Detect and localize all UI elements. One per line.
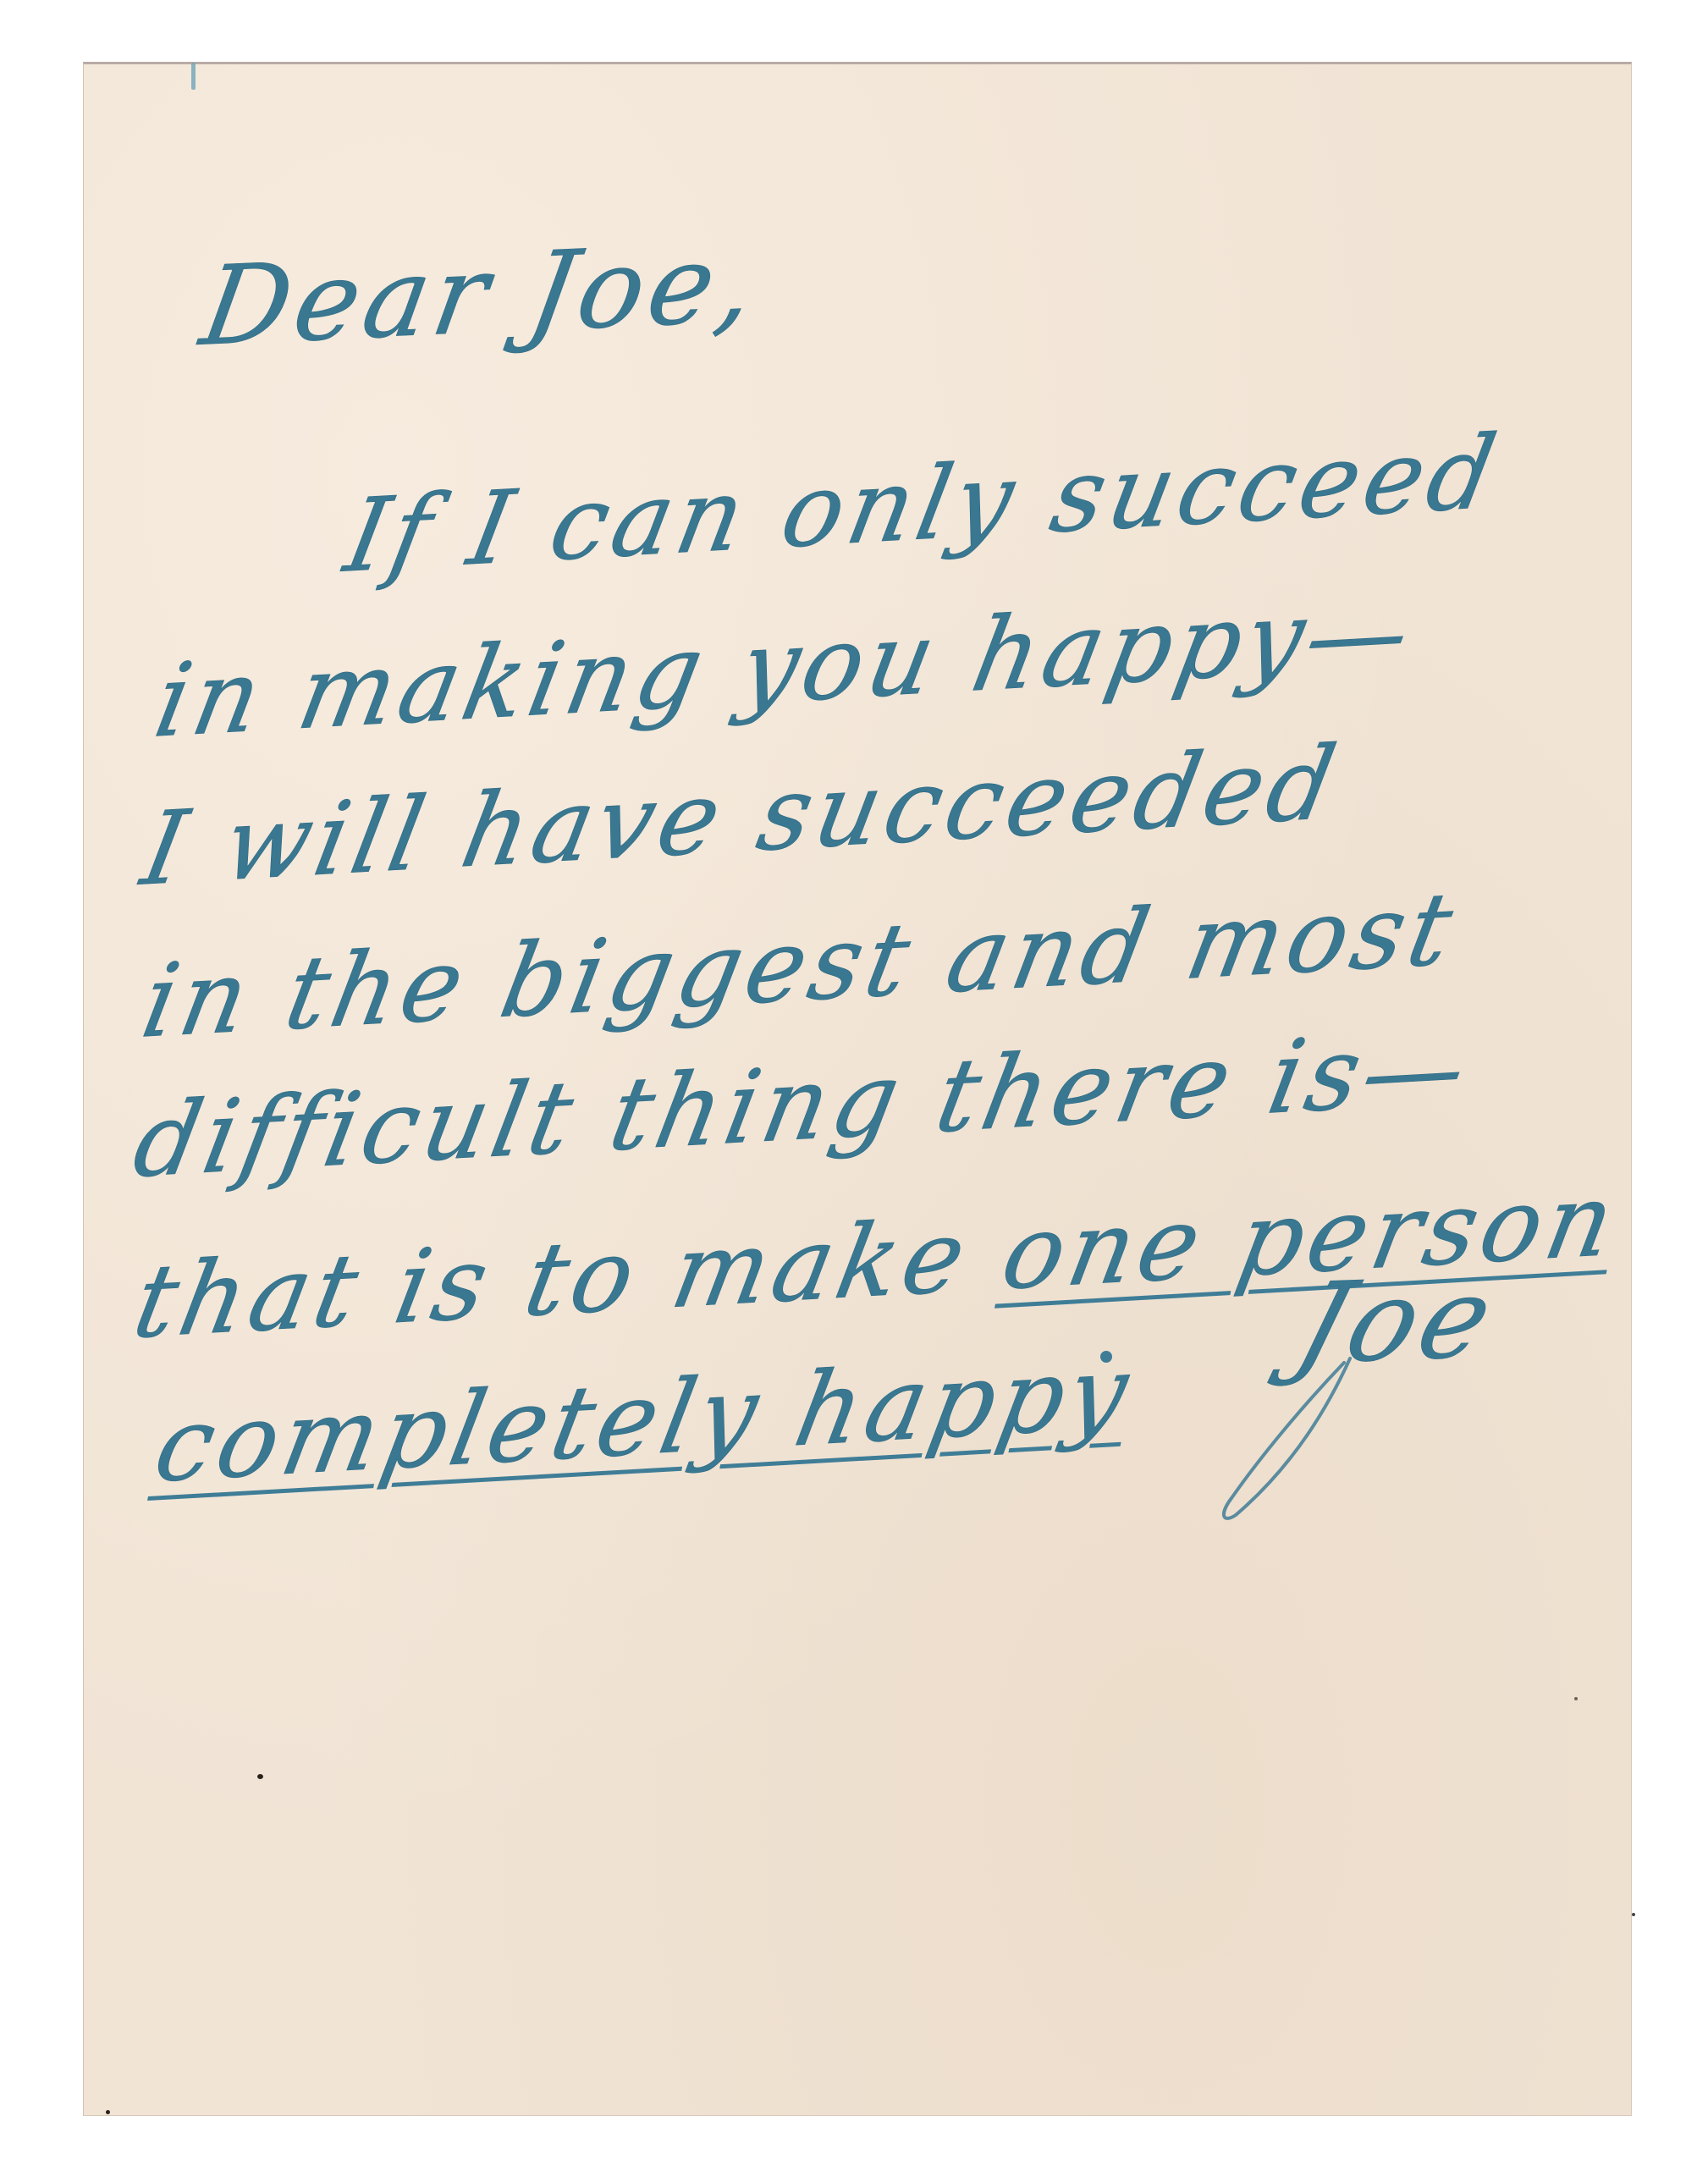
paper-speck [106,2110,110,2114]
paper-speck [1574,1697,1578,1700]
paper-speck [1632,1913,1635,1916]
paper-speck [257,1774,263,1779]
salutation: Dear Joe, [195,229,767,362]
closing-period [1100,1351,1112,1363]
ink-tick-mark [191,63,196,90]
signature-flourish [1202,1354,1371,1524]
